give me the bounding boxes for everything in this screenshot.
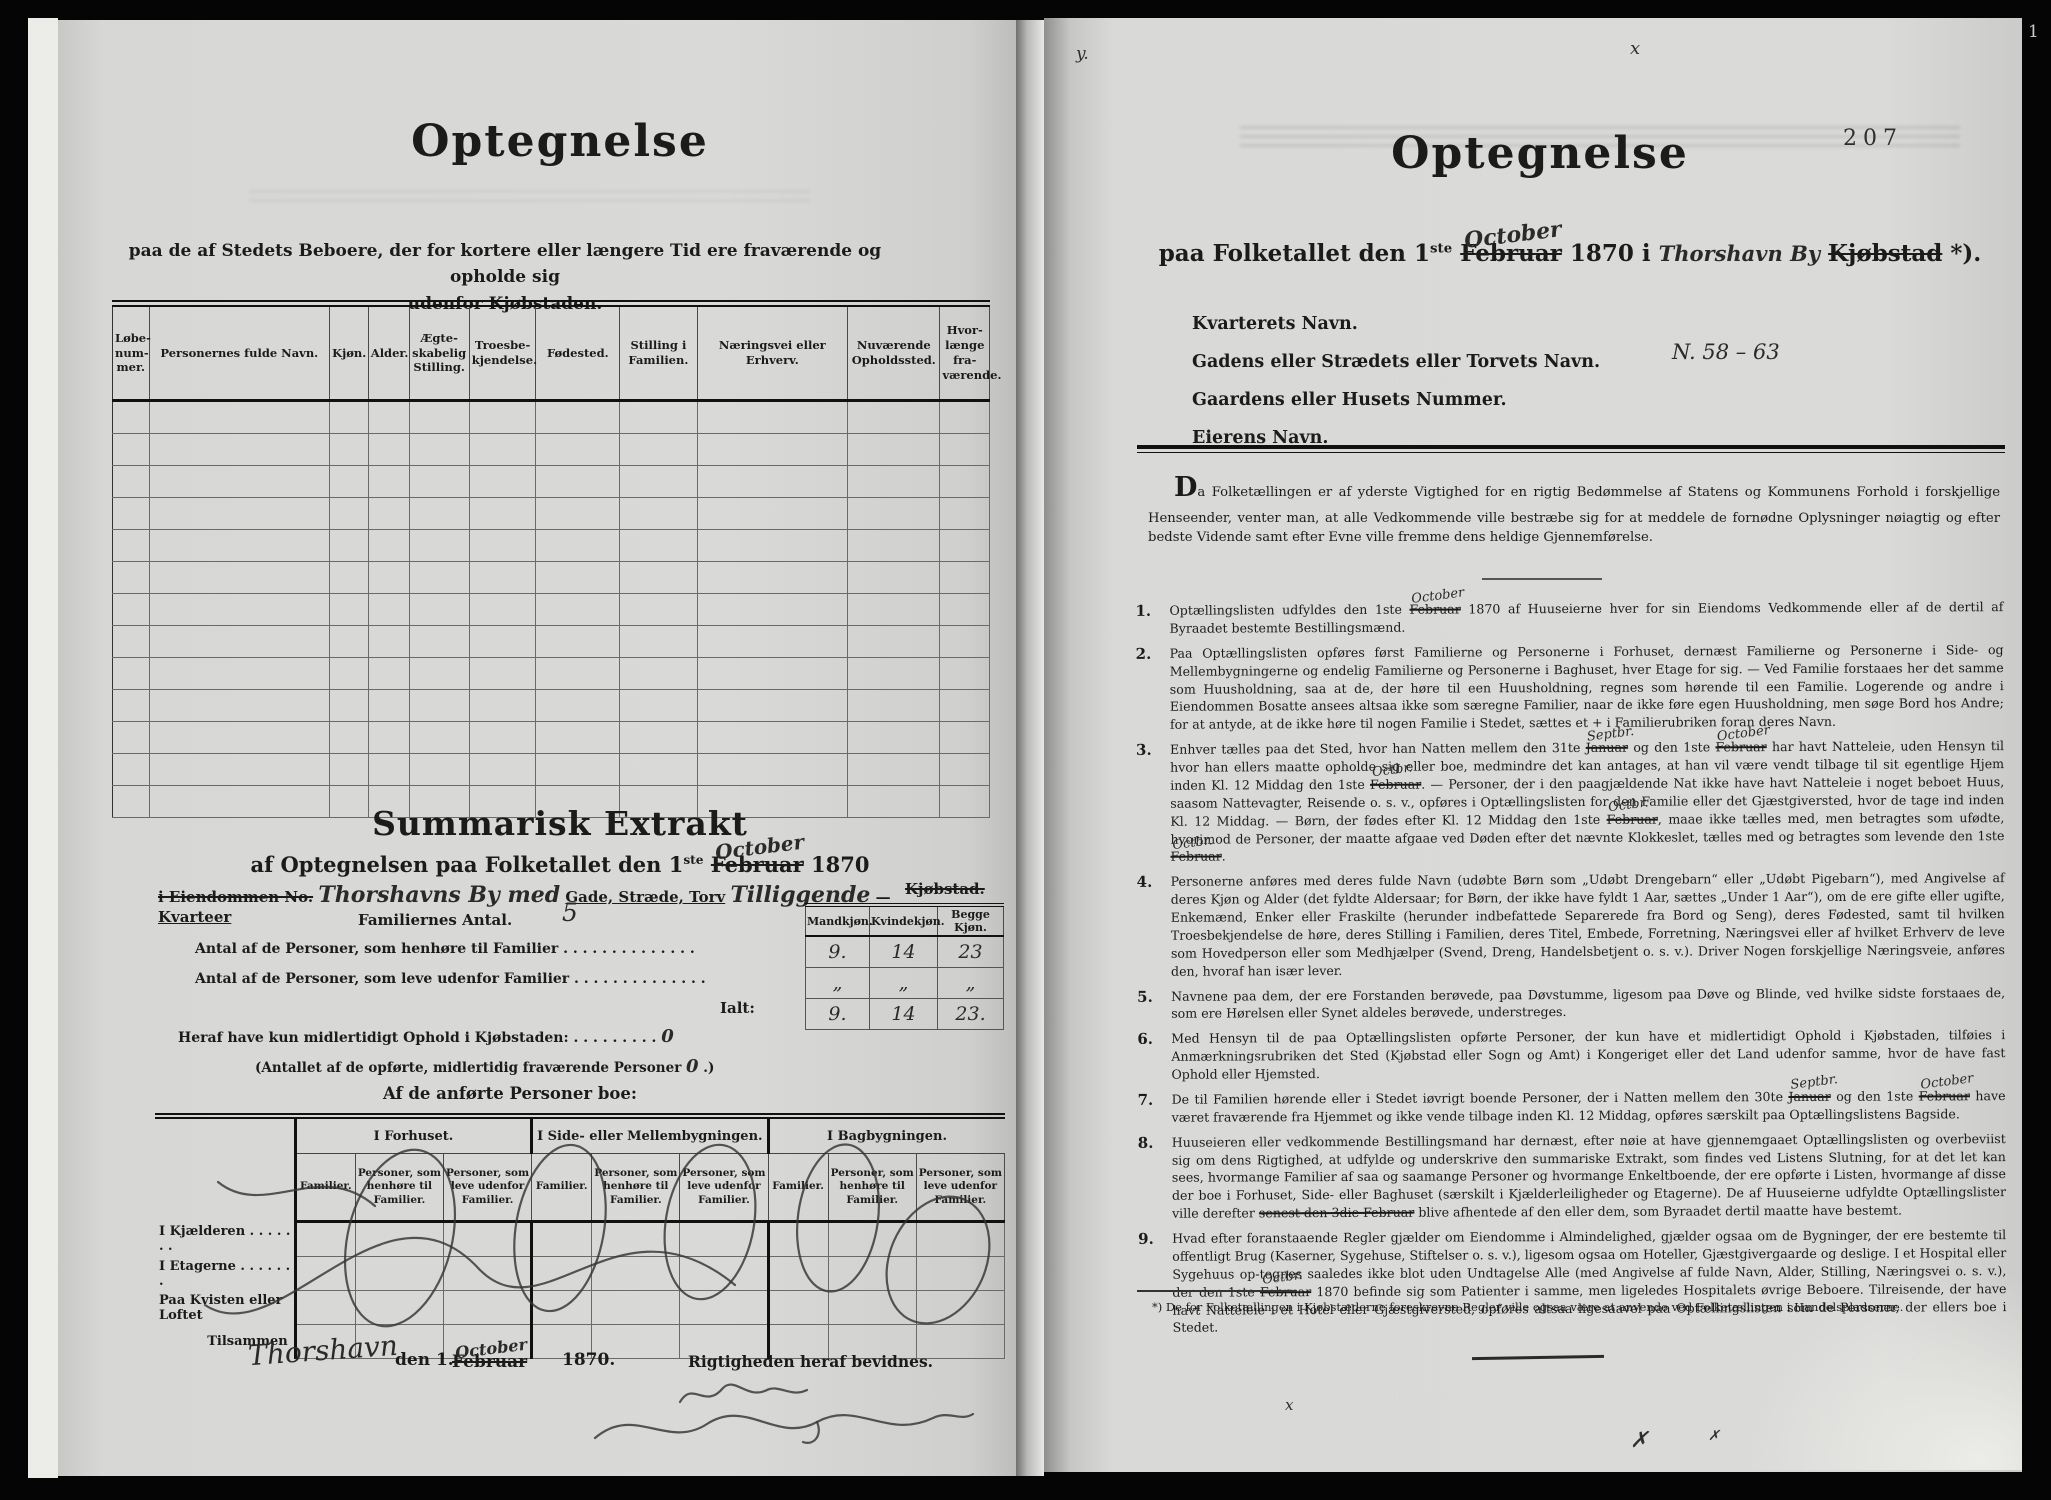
- value-handwritten: 23.: [938, 999, 1004, 1030]
- empty-cell: [113, 658, 150, 690]
- empty-cell: [330, 530, 369, 562]
- value-handwritten: 9.: [806, 936, 870, 968]
- text-fragment: Personerne anføres med deres fulde Navn …: [1171, 870, 2005, 978]
- field-husets-nummer: Gaardens eller Husets Nummer.: [1192, 390, 1507, 410]
- handwritten-text: Thorshavns By med: [318, 882, 560, 908]
- col-lobenummer: Løbe- num- mer.: [113, 304, 150, 401]
- book-edge-strip: [28, 18, 58, 1478]
- empty-cell: [409, 658, 469, 690]
- empty-cell: [113, 626, 150, 658]
- empty-cell: [536, 434, 620, 466]
- text-fragment: Gade, Stræde, Torv: [565, 888, 725, 906]
- temporary-residence-text: Heraf have kun midlertidigt Ophold i Kjø…: [178, 1030, 656, 1046]
- empty-cell: [149, 722, 330, 754]
- month-correction: OctoberFebruar: [1919, 1087, 1970, 1105]
- text-fragment: .: [1222, 849, 1226, 864]
- margin-mark-x-footnote: x: [1285, 1396, 1293, 1414]
- empty-cell: [620, 690, 697, 722]
- col-stilling-familien: Stilling i Familien.: [620, 304, 697, 401]
- ditto-mark: „: [806, 968, 870, 999]
- intro-paragraph: Da Folketællingen er af yderste Vigtighe…: [1148, 468, 2000, 548]
- roster-empty-row: [113, 658, 990, 690]
- empty-cell: [330, 562, 369, 594]
- empty-cell: [149, 658, 330, 690]
- empty-cell: [848, 658, 940, 690]
- handwritten-zero-flourishes: [150, 1120, 1030, 1370]
- text-fragment: ste: [683, 853, 703, 867]
- empty-cell: [368, 530, 409, 562]
- residence-table-title: Af de anførte Personer boe:: [300, 1084, 720, 1103]
- col-mandkjon: Mandkjøn.: [806, 905, 870, 936]
- text-fragment: *).: [1942, 240, 1981, 267]
- empty-cell: [620, 722, 697, 754]
- absent-persons-count-line: (Antallet af de opførte, midlertidig fra…: [255, 1056, 714, 1077]
- empty-cell: [149, 690, 330, 722]
- sums-row-outside: „ „ „: [806, 968, 1004, 999]
- text-fragment: Kvarteer: [158, 908, 231, 926]
- empty-cell: [330, 466, 369, 498]
- absent-count-prefix: (Antallet af de opførte, midlertidig fra…: [255, 1060, 681, 1076]
- instruction-number: 4.: [1137, 873, 1171, 980]
- empty-cell: [469, 434, 536, 466]
- empty-cell: [409, 690, 469, 722]
- instruction-text: Personerne anføres med deres fulde Navn …: [1171, 869, 2005, 980]
- footnote-text: *) De for Folketællingen i Kjøbstæderne …: [1152, 1300, 1992, 1314]
- col-hvorlaenge: Hvor- længe fra- værende.: [940, 304, 990, 401]
- roster-header-row: Løbe- num- mer. Personernes fulde Navn. …: [113, 304, 990, 401]
- empty-cell: [940, 401, 990, 434]
- value-handwritten: 9.: [806, 999, 870, 1030]
- month-correction: Octbr.Februar: [1607, 810, 1658, 828]
- house-number-handwritten: N. 58 – 63: [1672, 340, 1780, 364]
- instruction-text: Optællingslisten udfyldes den 1ste Octob…: [1169, 598, 2003, 637]
- month-correction: Septbr.Januar: [1788, 1088, 1830, 1106]
- instruction-number: 5.: [1137, 987, 1171, 1023]
- margin-cross-big: ✗: [1630, 1428, 1648, 1453]
- empty-cell: [940, 562, 990, 594]
- margin-cross-small: ✗: [1708, 1428, 1720, 1444]
- instruction-number: 9.: [1138, 1230, 1172, 1337]
- text-fragment: [1452, 240, 1460, 267]
- empty-cell: [469, 658, 536, 690]
- empty-cell: [536, 466, 620, 498]
- empty-cell: [848, 754, 940, 786]
- empty-cell: [536, 401, 620, 434]
- empty-cell: [113, 498, 150, 530]
- empty-cell: [149, 562, 330, 594]
- extract-property-line: i Eiendommen No. Thorshavns By med Gade,…: [158, 882, 918, 926]
- signature-scrawl: [555, 1372, 985, 1467]
- empty-cell: [113, 562, 150, 594]
- empty-cell: [113, 594, 150, 626]
- instruction-text: Hvad efter foranstaaende Regler gjælder …: [1172, 1226, 2006, 1337]
- col-fodested: Fødested.: [536, 304, 620, 401]
- instruction-text: De til Familien hørende eller i Stedet i…: [1172, 1087, 2006, 1126]
- text-fragment: ste: [1430, 240, 1452, 256]
- roster-empty-row: [113, 690, 990, 722]
- empty-cell: [330, 754, 369, 786]
- empty-cell: [368, 690, 409, 722]
- empty-cell: [620, 754, 697, 786]
- families-count-label: Familiernes Antal.: [358, 911, 512, 929]
- empty-cell: [469, 498, 536, 530]
- margin-mark-y: y.: [1076, 44, 1089, 64]
- empty-cell: [620, 594, 697, 626]
- empty-cell: [469, 562, 536, 594]
- empty-cell: [620, 466, 697, 498]
- extract-sums-table: Mandkjøn. Kvindekjøn. Begge Kjøn. 9. 14 …: [805, 903, 1004, 1030]
- empty-cell: [940, 722, 990, 754]
- sums-header-row: Mandkjøn. Kvindekjøn. Begge Kjøn.: [806, 905, 1004, 936]
- empty-cell: [697, 466, 847, 498]
- empty-cell: [940, 658, 990, 690]
- empty-cell: [149, 530, 330, 562]
- empty-cell: [848, 498, 940, 530]
- text-fragment: 1870 i: [1562, 240, 1659, 267]
- empty-cell: [409, 722, 469, 754]
- empty-cell: [469, 626, 536, 658]
- empty-cell: [536, 626, 620, 658]
- col-kjon: Kjøn.: [330, 304, 369, 401]
- total-label: Ialt:: [720, 999, 755, 1017]
- empty-cell: [409, 562, 469, 594]
- col-naeringsvei: Næringsvei eller Erhverv.: [697, 304, 847, 401]
- sums-row-families: 9. 14 23: [806, 936, 1004, 968]
- temporary-residence-value-handwritten: 0: [661, 1026, 674, 1047]
- text-fragment: og den 1ste: [1628, 739, 1715, 754]
- line-persons-in-families: Antal af de Personer, som henhøre til Fa…: [195, 941, 695, 957]
- month-correction: OctoberFebruar: [1715, 738, 1766, 756]
- roster-empty-row: [113, 626, 990, 658]
- text-fragment: og den 1ste: [1831, 1088, 1919, 1103]
- handwritten-text: Thorshavn By: [1659, 241, 1820, 266]
- instruction-item-3: 3. Enhver tælles paa det Sted, hvor han …: [1136, 737, 2005, 866]
- empty-cell: [469, 722, 536, 754]
- empty-cell: [149, 594, 330, 626]
- roster-empty-row: [113, 401, 990, 434]
- instruction-number: 2.: [1136, 644, 1170, 734]
- line-persons-outside-families: Antal af de Personer, som leve udenfor F…: [195, 971, 706, 987]
- empty-cell: [940, 498, 990, 530]
- empty-cell: [469, 690, 536, 722]
- dateline-month-correction: October Februar: [452, 1352, 527, 1372]
- month-correction: Septbr.Januar: [1586, 739, 1628, 757]
- empty-cell: [149, 466, 330, 498]
- empty-cell: [409, 466, 469, 498]
- empty-cell: [940, 690, 990, 722]
- empty-cell: [330, 690, 369, 722]
- empty-cell: [940, 786, 990, 818]
- empty-cell: [113, 530, 150, 562]
- month-correction: Octbr.Februar: [1370, 776, 1421, 794]
- corner-sheet-number: 1: [2028, 22, 2039, 42]
- field-gadens-navn: Gadens eller Strædets eller Torvets Navn…: [1192, 352, 1600, 372]
- empty-cell: [848, 690, 940, 722]
- empty-cell: [368, 626, 409, 658]
- empty-cell: [940, 754, 990, 786]
- empty-cell: [368, 434, 409, 466]
- text-fragment: paa Folketallet den 1: [1159, 240, 1430, 267]
- roster-empty-row: [113, 594, 990, 626]
- instruction-text: Paa Optællingslisten opføres først Famil…: [1170, 641, 2004, 734]
- instruction-text: Huuseieren eller vedkommende Bestillings…: [1172, 1130, 2006, 1223]
- value-handwritten: 14: [870, 999, 938, 1030]
- ditto-mark: „: [870, 968, 938, 999]
- instruction-text: Enhver tælles paa det Sted, hvor han Nat…: [1170, 737, 2005, 866]
- dateline-den-printed: den 1.: [395, 1350, 454, 1370]
- col-troesbekjendelse: Troesbe- kjendelse.: [469, 304, 536, 401]
- empty-cell: [848, 786, 940, 818]
- empty-cell: [113, 786, 150, 818]
- instructions-list: 1. Optællingslisten udfyldes den 1ste Oc…: [1135, 598, 2006, 1344]
- col-opholdssted: Nuværende Opholdssted.: [848, 304, 940, 401]
- month-correction: Octbr.Februar: [1170, 848, 1221, 866]
- text-fragment: [1820, 240, 1828, 267]
- bleedthrough-smudge: [250, 190, 810, 204]
- struck-text: Kjøbstad: [1828, 240, 1942, 267]
- empty-cell: [368, 466, 409, 498]
- empty-cell: [697, 594, 847, 626]
- empty-cell: [697, 658, 847, 690]
- instruction-item-7: 7. De til Familien hørende eller i Stede…: [1138, 1087, 2006, 1127]
- temporary-residence-line: Heraf have kun midlertidigt Ophold i Kjø…: [178, 1026, 674, 1047]
- empty-cell: [848, 466, 940, 498]
- left-page-title: Optegnelse: [300, 116, 820, 167]
- empty-cell: [848, 562, 940, 594]
- roster-empty-body: [113, 401, 990, 818]
- empty-cell: [620, 530, 697, 562]
- empty-cell: [697, 722, 847, 754]
- kjobstad-struck-label: Kjøbstad.: [905, 880, 985, 898]
- roster-empty-row: [113, 434, 990, 466]
- empty-cell: [620, 658, 697, 690]
- empty-cell: [409, 434, 469, 466]
- empty-cell: [368, 498, 409, 530]
- empty-cell: [368, 754, 409, 786]
- empty-cell: [113, 466, 150, 498]
- empty-cell: [697, 401, 847, 434]
- empty-cell: [848, 722, 940, 754]
- empty-cell: [536, 722, 620, 754]
- roster-empty-row: [113, 722, 990, 754]
- text-fragment: Paa Optællingslisten opføres først Famil…: [1170, 642, 2004, 732]
- empty-cell: [940, 434, 990, 466]
- empty-cell: [697, 498, 847, 530]
- scanned-census-document-spread: Optegnelse paa de af Stedets Beboere, de…: [0, 0, 2051, 1500]
- empty-cell: [149, 754, 330, 786]
- families-count-value-handwritten: 5: [562, 898, 578, 927]
- empty-cell: [113, 401, 150, 434]
- instruction-text: Med Hensyn til de paa Optællingslisten o…: [1171, 1026, 2005, 1083]
- empty-cell: [848, 434, 940, 466]
- empty-cell: [409, 594, 469, 626]
- section-divider-rule: [1137, 445, 2005, 453]
- empty-cell: [330, 626, 369, 658]
- empty-cell: [368, 658, 409, 690]
- empty-cell: [469, 401, 536, 434]
- instruction-item-8: 8. Huuseieren eller vedkommende Bestilli…: [1138, 1130, 2006, 1223]
- instruction-item-6: 6. Med Hensyn til de paa Optællingsliste…: [1137, 1026, 2005, 1083]
- text-fragment: Navnene paa dem, der ere Forstanden berø…: [1171, 985, 2005, 1022]
- empty-cell: [113, 690, 150, 722]
- instruction-item-9: 9. Hvad efter foranstaaende Regler gjæld…: [1138, 1226, 2006, 1337]
- attestation-label: Rigtigheden heraf bevidnes.: [688, 1352, 933, 1371]
- empty-cell: [330, 401, 369, 434]
- absent-persons-roster-table: Løbe- num- mer. Personernes fulde Navn. …: [112, 300, 990, 818]
- instruction-item-4: 4. Personerne anføres med deres fulde Na…: [1137, 869, 2005, 980]
- text-fragment: Med Hensyn til de paa Optællingslisten o…: [1171, 1027, 2005, 1081]
- empty-cell: [469, 754, 536, 786]
- right-page-subtitle: paa Folketallet den 1ste OctoberFebruar …: [1130, 240, 2010, 267]
- col-fulde-navn: Personernes fulde Navn.: [149, 304, 330, 401]
- text-fragment: De til Familien hørende eller i Stedet i…: [1172, 1089, 1789, 1107]
- empty-cell: [848, 401, 940, 434]
- col-beggekjon: Begge Kjøn.: [938, 905, 1004, 936]
- empty-cell: [409, 530, 469, 562]
- empty-cell: [330, 722, 369, 754]
- subtitle-line1: paa de af Stedets Beboere, der for korte…: [129, 241, 881, 287]
- empty-cell: [149, 498, 330, 530]
- absent-count-value-handwritten: 0: [686, 1056, 699, 1077]
- empty-cell: [536, 690, 620, 722]
- empty-cell: [940, 466, 990, 498]
- extract-subtitle: af Optegnelsen paa Folketallet den 1ste …: [250, 852, 870, 877]
- roster-empty-row: [113, 466, 990, 498]
- empty-cell: [697, 434, 847, 466]
- col-kvindekjon: Kvindekjøn.: [870, 905, 938, 936]
- instruction-number: 6.: [1137, 1030, 1171, 1084]
- empty-cell: [940, 626, 990, 658]
- empty-cell: [368, 594, 409, 626]
- empty-cell: [697, 626, 847, 658]
- roster-empty-row: [113, 754, 990, 786]
- empty-cell: [536, 754, 620, 786]
- empty-cell: [469, 530, 536, 562]
- empty-cell: [848, 594, 940, 626]
- text-fragment: blive afhentede af den eller dem, som By…: [1414, 1203, 1902, 1220]
- empty-cell: [536, 594, 620, 626]
- value-handwritten: 23: [938, 936, 1004, 968]
- small-divider-rule: [1482, 578, 1602, 580]
- empty-cell: [697, 530, 847, 562]
- empty-cell: [469, 466, 536, 498]
- empty-cell: [940, 594, 990, 626]
- value-handwritten: 14: [870, 936, 938, 968]
- ditto-mark: „: [938, 968, 1004, 999]
- right-page-title: Optegnelse: [1190, 128, 1890, 179]
- instruction-item-1: 1. Optællingslisten udfyldes den 1ste Oc…: [1135, 598, 2003, 638]
- footnote-rule: [1137, 1290, 1297, 1292]
- empty-cell: [620, 626, 697, 658]
- text-fragment: Optællingslisten udfyldes den 1ste: [1169, 602, 1409, 618]
- roster-empty-row: [113, 530, 990, 562]
- empty-cell: [620, 498, 697, 530]
- text-fragment: [704, 852, 711, 877]
- col-alder: Alder.: [368, 304, 409, 401]
- roster-empty-row: [113, 498, 990, 530]
- instruction-item-5: 5. Navnene paa dem, der ere Forstanden b…: [1137, 984, 2005, 1024]
- month-correction: OctoberFebruar: [1409, 600, 1460, 618]
- empty-cell: [368, 562, 409, 594]
- empty-cell: [620, 434, 697, 466]
- empty-cell: [409, 498, 469, 530]
- empty-cell: [330, 594, 369, 626]
- instruction-number: 8.: [1138, 1133, 1172, 1223]
- empty-cell: [368, 401, 409, 434]
- dateline-year: 1870.: [562, 1350, 615, 1370]
- empty-cell: [697, 690, 847, 722]
- margin-mark-x-top: x: [1630, 38, 1640, 59]
- empty-cell: [330, 658, 369, 690]
- struck-text: senest den 3die Februar: [1259, 1205, 1414, 1221]
- empty-cell: [409, 626, 469, 658]
- empty-cell: [697, 562, 847, 594]
- empty-cell: [469, 594, 536, 626]
- empty-cell: [330, 498, 369, 530]
- empty-cell: [113, 722, 150, 754]
- sums-row-total: 9. 14 23.: [806, 999, 1004, 1030]
- empty-cell: [848, 626, 940, 658]
- absent-count-suffix: .): [703, 1060, 714, 1076]
- instruction-number: 1.: [1135, 602, 1169, 638]
- empty-cell: [536, 658, 620, 690]
- field-kvarterets-navn: Kvarterets Navn.: [1192, 314, 1358, 334]
- empty-cell: [149, 626, 330, 658]
- empty-cell: [113, 434, 150, 466]
- empty-cell: [940, 530, 990, 562]
- empty-cell: [536, 562, 620, 594]
- instruction-number: 3.: [1136, 741, 1171, 866]
- instruction-number: 7.: [1138, 1091, 1172, 1127]
- empty-cell: [848, 530, 940, 562]
- instruction-item-2: 2. Paa Optællingslisten opføres først Fa…: [1136, 641, 2004, 734]
- col-aegteskabelig: Ægte- skabelig Stilling.: [409, 304, 469, 401]
- roster-empty-row: [113, 562, 990, 594]
- empty-cell: [149, 434, 330, 466]
- text-fragment: 1870: [804, 852, 870, 877]
- empty-cell: [697, 754, 847, 786]
- empty-cell: [330, 434, 369, 466]
- empty-cell: [149, 401, 330, 434]
- text-fragment: af Optegnelsen paa Folketallet den 1: [251, 852, 684, 877]
- empty-cell: [620, 562, 697, 594]
- empty-cell: [620, 401, 697, 434]
- text-fragment: Enhver tælles paa det Sted, hvor han Nat…: [1170, 740, 1586, 757]
- empty-cell: [368, 722, 409, 754]
- month-correction: OctoberFebruar: [711, 852, 804, 877]
- empty-cell: [536, 530, 620, 562]
- month-correction: OctoberFebruar: [1460, 240, 1562, 267]
- struck-text: i Eiendommen No.: [158, 888, 313, 906]
- empty-cell: [536, 498, 620, 530]
- instruction-text: Navnene paa dem, der ere Forstanden berø…: [1171, 984, 2005, 1023]
- empty-cell: [409, 754, 469, 786]
- empty-cell: [113, 754, 150, 786]
- empty-cell: [409, 401, 469, 434]
